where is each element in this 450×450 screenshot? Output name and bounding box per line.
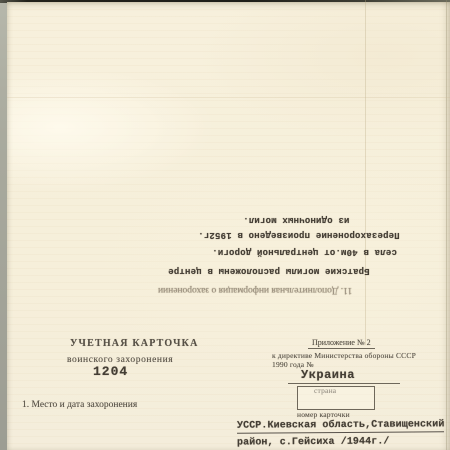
reverse-text-line: села в 40м.от центральной дороги.: [212, 247, 397, 257]
reverse-text-line: Братские могилы расположены в центре: [168, 266, 370, 276]
scanned-document: из одиночных могил. Перезахоронение прои…: [0, 0, 450, 450]
location-line2: район, с.Гейсиха /1944г./: [237, 436, 390, 448]
paper-crease-horizontal: [7, 97, 450, 98]
card-number-box-label: номер карточки: [297, 410, 350, 419]
paper-crease-vertical: [365, 0, 366, 345]
section1-label: 1. Место и дата захоронения: [22, 400, 137, 410]
card-number-box: [297, 386, 375, 410]
annex-label: Приложение № 2: [308, 338, 375, 349]
location-line1: УССР.Киевская область,Ставищенский: [237, 419, 445, 433]
reverse-text-line: Перезахоронение произведено в 1952г.: [198, 230, 400, 240]
country-underline: [288, 383, 400, 384]
reverse-text-line: из одиночных могил.: [243, 215, 349, 225]
card-title: УЧЕТНАЯ КАРТОЧКА: [70, 338, 199, 349]
reverse-section-label: 11. Дополнительная информация о захороне…: [158, 285, 352, 295]
directive-line1: к директиве Министерства обороны СССР: [272, 351, 416, 360]
country-value: Украина: [301, 368, 355, 382]
paper-crease-vertical: [446, 0, 447, 450]
card-number: 1204: [93, 364, 128, 379]
